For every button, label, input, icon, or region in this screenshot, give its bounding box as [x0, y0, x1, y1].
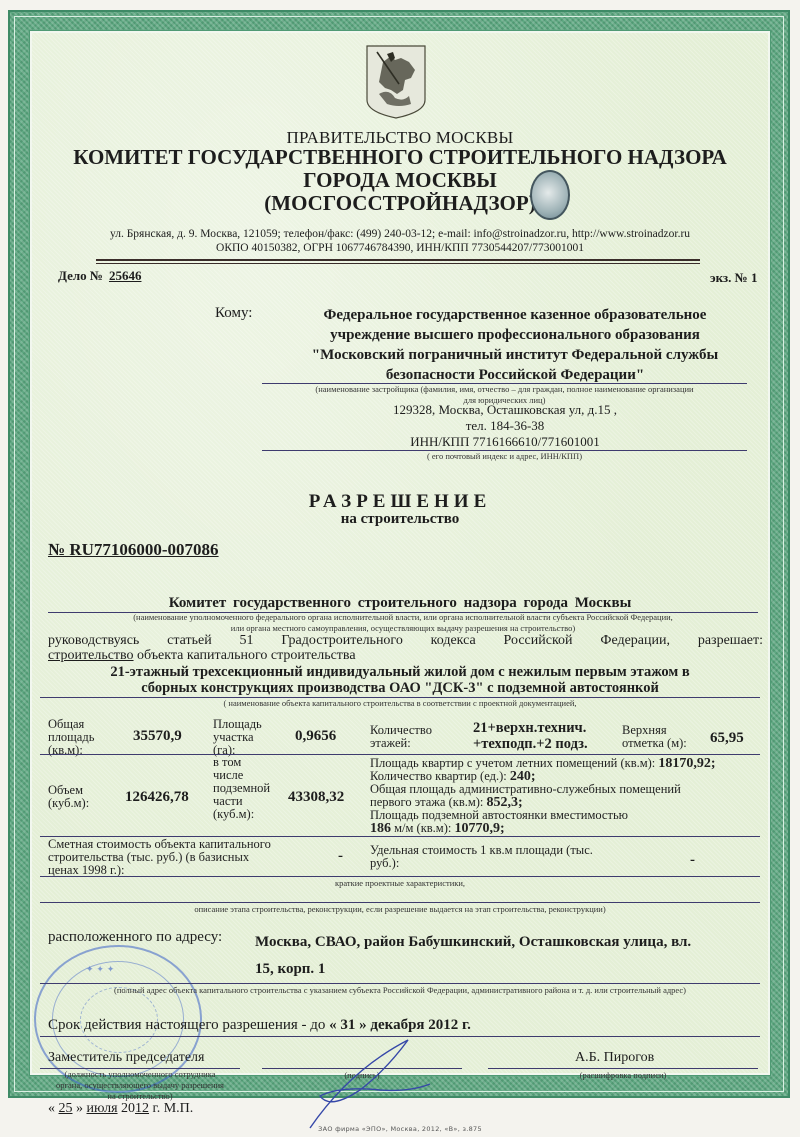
object-caption: ( наименование объекта капитального стро…	[40, 698, 760, 709]
recipient-label: Кому:	[215, 305, 252, 322]
printer-imprint: ЗАО фирма «ЭПО», Москва, 2012, «В», з.87…	[0, 1125, 800, 1133]
stamp-text: ✦ ✦ ✦	[86, 965, 114, 975]
recipient-address: 129328, Москва, Осташковская ул, д.15 , …	[330, 402, 680, 450]
total-area-label: Общая площадь (кв.м):	[48, 718, 118, 757]
committee-name: КОМИТЕТ ГОСУДАРСТВЕННОГО СТРОИТЕЛЬНОГО Н…	[0, 146, 800, 215]
underground-volume-value: 43308,32	[288, 789, 344, 806]
top-mark-label: Верхняя отметка (м):	[622, 724, 687, 750]
moscow-coat-of-arms-icon	[365, 44, 427, 120]
case-number: Дело №25646	[58, 268, 141, 284]
table-rule-3	[40, 876, 760, 877]
recipient-address-caption: ( его почтовый индекс и адрес, ИНН/КПП)	[262, 451, 747, 462]
characteristics-caption: краткие проектные характеристики,	[40, 878, 760, 889]
unit-cost-value: -	[690, 852, 695, 869]
plot-area-label: Площадь участка (га):	[213, 718, 262, 757]
unit-cost-label: Удельная стоимость 1 кв.м площади (тыс. …	[370, 844, 593, 870]
floors-label: Количество этажей:	[370, 724, 432, 750]
address-caption: (полный адрес объекта капитального строи…	[40, 985, 760, 996]
signer-position: Заместитель председателя	[48, 1050, 204, 1066]
construction-object: 21-этажный трехсекционный индивидуальный…	[40, 664, 760, 696]
document-title: РАЗРЕШЕНИЕ	[0, 491, 800, 513]
position-caption: (должность уполномоченного сотрудника ор…	[40, 1069, 240, 1102]
table-rule-1	[40, 754, 760, 755]
hologram-seal	[530, 170, 570, 220]
construction-address: Москва, СВАО, район Бабушкинский, Осташк…	[255, 929, 755, 983]
document-subtitle: на строительство	[0, 511, 800, 528]
plot-area-value: 0,9656	[295, 728, 336, 745]
signer-rule	[488, 1068, 758, 1069]
issue-date: « 25 » июля 2012 г. М.П.	[48, 1101, 193, 1117]
issuing-authority: Комитет государственного строительного н…	[40, 595, 760, 612]
signer-caption: (расшифровка подписи)	[488, 1070, 758, 1081]
recipient-name: Федеральное государственное казенное обр…	[280, 305, 750, 385]
stage-rule	[40, 902, 760, 903]
address-label: расположенного по адресу:	[48, 929, 222, 946]
stage-caption: описание этапа строительства, реконструк…	[40, 904, 760, 915]
detail-row: 186 м/м (кв.м): 10770,9;	[370, 822, 765, 835]
permitted-action: строительство объекта капитального строи…	[48, 648, 356, 664]
legal-basis: руководствуясь статьей 51 Градостроитель…	[48, 633, 763, 649]
issuer-caption: (наименование уполномоченного федерально…	[48, 612, 758, 634]
signature-scribble	[290, 1030, 440, 1130]
apartment-details: Площадь квартир с учетом летних помещени…	[370, 757, 765, 835]
top-mark-value: 65,95	[710, 730, 744, 747]
permit-number: № RU77106000-007086	[48, 540, 219, 560]
underground-volume-label: в том числе подземной части (куб.м):	[213, 756, 270, 821]
volume-value: 126426,78	[125, 789, 189, 806]
total-area-value: 35570,9	[133, 728, 182, 745]
committee-contacts: ул. Брянская, д. 9. Москва, 121059; теле…	[0, 227, 800, 255]
estimated-cost-label: Сметная стоимость объекта капитального с…	[48, 838, 308, 877]
estimated-cost-value: -	[338, 848, 343, 865]
floors-value: 21+верхн.технич. +техподп.+2 подз.	[473, 720, 588, 752]
copy-number: экз. № 1	[710, 270, 757, 286]
header-divider	[96, 259, 700, 264]
address-rule	[40, 983, 760, 984]
signer-name: А.Б. Пирогов	[575, 1050, 654, 1066]
volume-label: Объем (куб.м):	[48, 784, 89, 810]
